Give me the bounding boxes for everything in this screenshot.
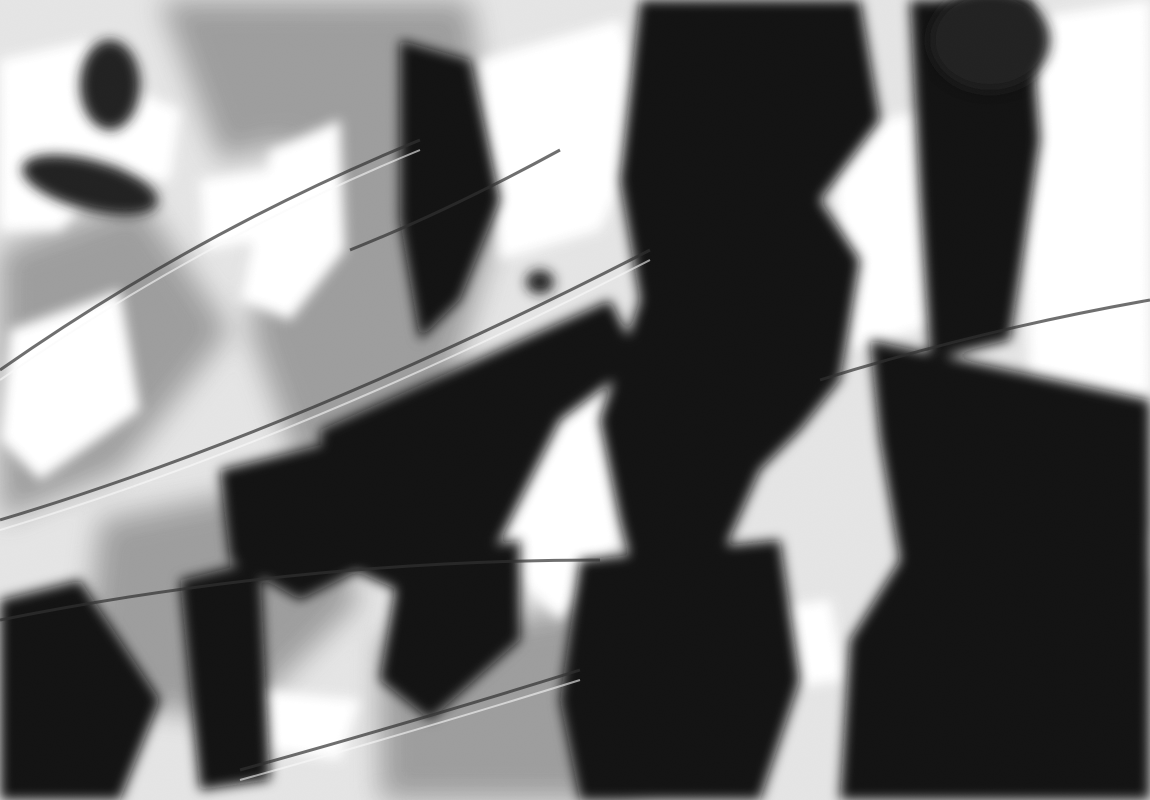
ink-composition (0, 0, 1150, 800)
film-grain (0, 0, 1150, 800)
abstract-ink-photograph (0, 0, 1150, 800)
